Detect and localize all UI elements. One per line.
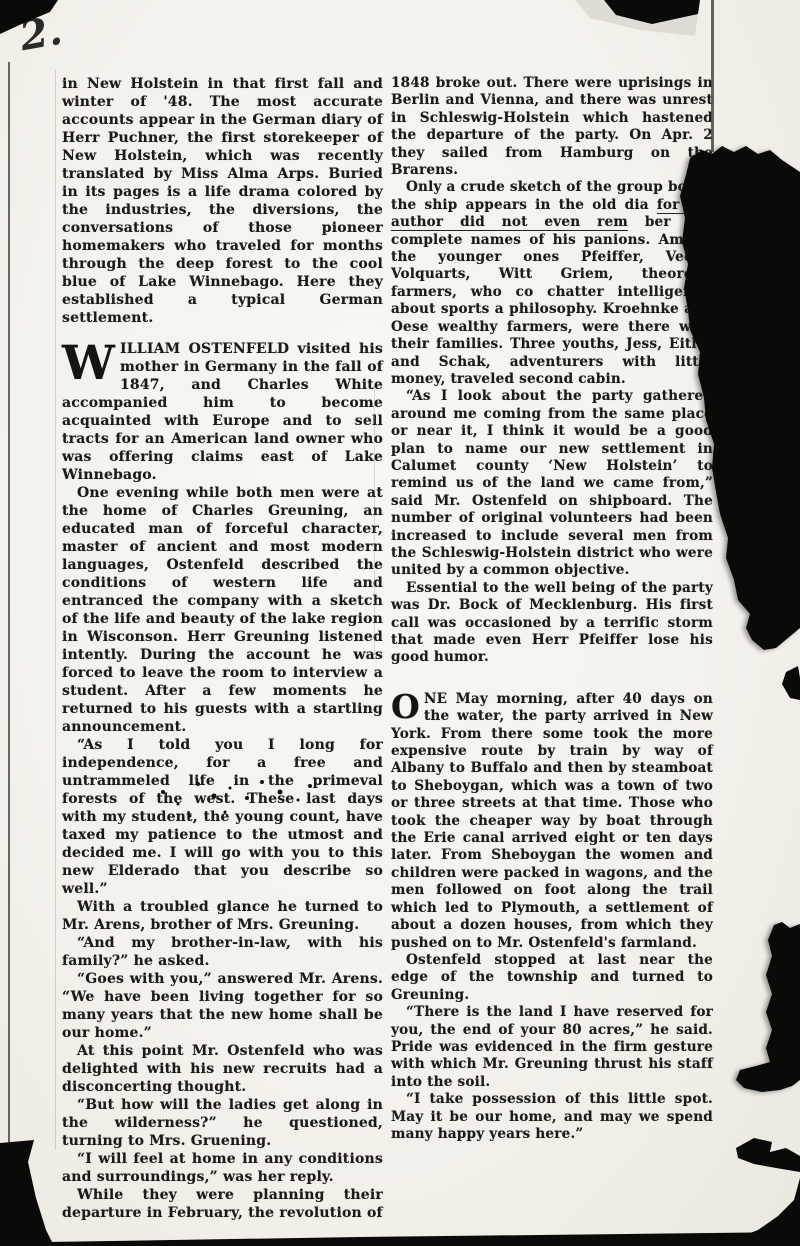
fold-shadow-top bbox=[575, 0, 700, 36]
paragraph-left-7: “Goes with you,” answered Mr. Arens. “We… bbox=[62, 970, 383, 1042]
paragraph-left-9: “But how will the ladies get along in th… bbox=[62, 1096, 383, 1150]
article-left-column: in New Holstein in that first fall and w… bbox=[62, 75, 383, 1222]
paragraph-right-2: Only a crude sketch of the group board t… bbox=[391, 179, 713, 388]
ink-blot-comma-mark bbox=[782, 666, 800, 700]
paragraph-left-5: With a troubled glance he turned to Mr. … bbox=[62, 898, 383, 934]
paragraph-text: NE May morning, after 40 days on the wat… bbox=[391, 691, 713, 951]
fold-line-left bbox=[8, 62, 10, 1154]
drop-cap-o: O bbox=[391, 691, 424, 721]
ink-blot-bottom-left-wedge bbox=[0, 1140, 54, 1246]
paragraph-right-8: “I take possession of this little spot. … bbox=[391, 1091, 713, 1143]
paragraph-right-7: “There is the land I have reserved for y… bbox=[391, 1004, 713, 1091]
paragraph-text: ber the complete names of his panions. A… bbox=[391, 214, 713, 387]
paragraph-left-3: One evening while both men were at the h… bbox=[62, 484, 383, 736]
paragraph-left-8: At this point Mr. Ostenfeld who was deli… bbox=[62, 1042, 383, 1096]
ink-blot-top-center bbox=[604, 0, 700, 24]
ink-blot-bottom-band bbox=[46, 1232, 800, 1246]
handwritten-page-number: 2. bbox=[16, 7, 65, 61]
ink-blot-bottom-right-mass bbox=[660, 1178, 800, 1246]
ink-blot-bottom-right-small bbox=[736, 1138, 800, 1172]
paragraph-left-6: “And my brother-in-law, with his family?… bbox=[62, 934, 383, 970]
scanned-newspaper-page: 2. in New Holstein in that first fall an… bbox=[0, 0, 800, 1246]
paragraph-right-1: 1848 broke out. There were uprisings in … bbox=[391, 75, 713, 179]
paragraph-right-6: Ostenfeld stopped at last near the edge … bbox=[391, 952, 713, 1004]
paragraph-left-4: “As I told you I long for independence, … bbox=[62, 736, 383, 898]
drop-cap-w: W bbox=[62, 340, 120, 384]
paragraph-left-11: While they were planning their departure… bbox=[62, 1186, 383, 1222]
article-right-column: 1848 broke out. There were uprisings in … bbox=[391, 75, 713, 1143]
paragraph-right-4: Essential to the well being of the party… bbox=[391, 580, 713, 667]
paragraph-left-1: in New Holstein in that first fall and w… bbox=[62, 75, 383, 327]
paragraph-left-10: “I will feel at home in any conditions a… bbox=[62, 1150, 383, 1186]
paragraph-right-3: “As I look about the party gathered arou… bbox=[391, 388, 713, 579]
ink-blot-lower-right bbox=[736, 922, 800, 1092]
paragraph-left-2: WILLIAM OSTENFELD visited his mother in … bbox=[62, 340, 383, 484]
fold-line-left-faint bbox=[55, 70, 56, 1150]
paragraph-right-5: ONE May morning, after 40 days on the wa… bbox=[391, 691, 713, 952]
